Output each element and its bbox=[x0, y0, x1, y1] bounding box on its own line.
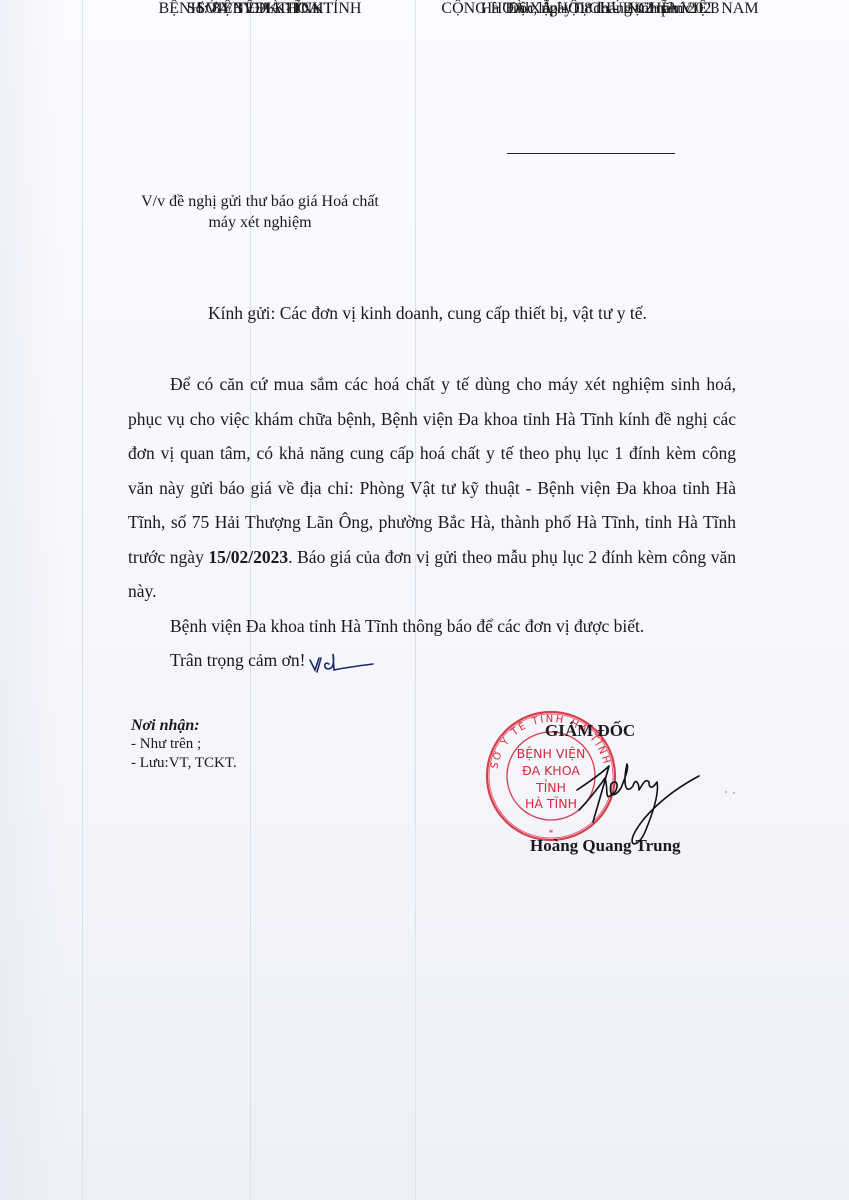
paragraph-text: Để có căn cứ mua sắm các hoá chất y tế d… bbox=[128, 374, 736, 567]
scan-fold-line bbox=[82, 0, 83, 1200]
letter-body: Để có căn cứ mua sắm các hoá chất y tế d… bbox=[128, 367, 736, 678]
document-subject: V/v đề nghị gửi thư báo giá Hoá chất máy… bbox=[133, 191, 387, 233]
initials-icon bbox=[307, 650, 377, 674]
body-paragraph: Để có căn cứ mua sắm các hoá chất y tế d… bbox=[128, 367, 736, 609]
document-number: Số: 84/BVĐKT-TCKT bbox=[110, 0, 410, 18]
scanned-letter-page: SỞ Y TẾ HÀ TĨNH BỆNH VIỆN ĐA KHOA TỈNH S… bbox=[0, 0, 849, 1200]
distribution-list: Nơi nhận: - Như trên ; - Lưu:VT, TCKT. bbox=[131, 716, 237, 773]
closing-text: Trân trọng cảm ơn! bbox=[170, 650, 305, 670]
motto-underline bbox=[507, 153, 675, 154]
place-and-date: Hà Tĩnh, ngày 08 tháng 02 năm 2023 bbox=[380, 0, 820, 18]
signer-title: GIÁM ĐỐC bbox=[545, 721, 745, 741]
deadline-date: 15/02/2023 bbox=[208, 547, 288, 567]
distribution-item: - Như trên ; bbox=[131, 735, 237, 754]
body-paragraph: Bệnh viện Đa khoa tỉnh Hà Tĩnh thông báo… bbox=[128, 609, 736, 644]
distribution-item: - Lưu:VT, TCKT. bbox=[131, 754, 237, 773]
signer-name: Hoàng Quang Trung bbox=[530, 836, 730, 856]
distribution-title: Nơi nhận: bbox=[131, 716, 237, 735]
recipient-line: Kính gửi: Các đơn vị kinh doanh, cung cấ… bbox=[208, 303, 647, 324]
closing-line: Trân trọng cảm ơn! bbox=[128, 643, 736, 678]
